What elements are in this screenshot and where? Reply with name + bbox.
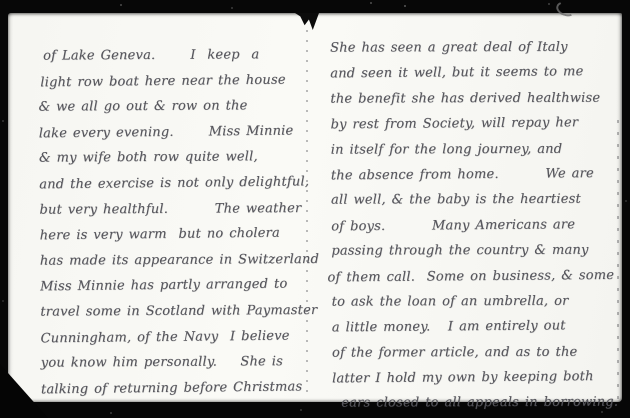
- right-page-text: She has seen a great deal of Italy and s…: [330, 34, 628, 417]
- handwritten-line: Cunningham, of the Navy I believe: [40, 323, 316, 352]
- handwritten-line: of Lake Geneva. I keep a: [38, 42, 314, 69]
- handwritten-line: by rest from Society, will repay her: [330, 110, 626, 138]
- handwritten-line: & we all go out & row on the: [38, 93, 314, 120]
- handwritten-line: light row boat here near the house: [38, 67, 314, 96]
- handwritten-line: ears closed to all appeals in borrowing.: [332, 390, 628, 416]
- handwritten-line: of them call. Some on business, & some: [327, 262, 627, 290]
- right-edge-crease: [617, 120, 619, 400]
- handwritten-line: passing through the country & many: [331, 238, 627, 264]
- handwritten-line: of the former article, and as to the: [332, 339, 628, 365]
- scanned-letter-view: of Lake Geneva. I keep a light row boat …: [0, 0, 630, 418]
- handwritten-line: and the exercise is not only delightful,: [39, 169, 315, 198]
- handwritten-line: the absence from home. We are: [331, 161, 627, 189]
- handwritten-line: in itself for the long journey, and: [331, 136, 627, 162]
- handwritten-line: all well, & the baby is the heartiest: [331, 187, 627, 213]
- handwritten-line: has made its appearance in Switzerland: [40, 247, 316, 274]
- handwritten-line: She has seen a great deal of Italy: [330, 35, 626, 61]
- handwritten-line: & my wife both row quite well,: [39, 144, 315, 171]
- left-page-text: of Lake Geneva. I keep a light row boat …: [38, 42, 317, 403]
- handwritten-line: Miss Minnie has partly arranged to: [40, 272, 316, 301]
- handwritten-line: to ask the loan of an umbrella, or: [332, 288, 628, 314]
- handwritten-line: talking of returning before Christmas: [41, 374, 317, 403]
- handwritten-line: here is very warm but no cholera: [40, 220, 316, 249]
- handwritten-line: lake every evening. Miss Minnie: [39, 118, 315, 147]
- scan-dust-specks: [0, 0, 2, 2]
- center-fold-crease: [306, 30, 308, 400]
- handwritten-line: a little money. I am entirely out: [332, 313, 628, 341]
- handwritten-line: and seen it well, but it seems to me: [330, 59, 626, 87]
- handwritten-line: the benefit she has derived healthwise: [330, 85, 626, 111]
- handwritten-line: latter I hold my own by keeping both: [332, 364, 628, 392]
- handwritten-line: but very healthful. The weather: [39, 196, 315, 223]
- handwritten-line: you know him personally. She is: [41, 349, 317, 376]
- handwritten-line: travel some in Scotland with Paymaster: [40, 298, 316, 325]
- letter-paper: of Lake Geneva. I keep a light row boat …: [8, 13, 622, 402]
- handwritten-line: of boys. Many Americans are: [331, 212, 627, 240]
